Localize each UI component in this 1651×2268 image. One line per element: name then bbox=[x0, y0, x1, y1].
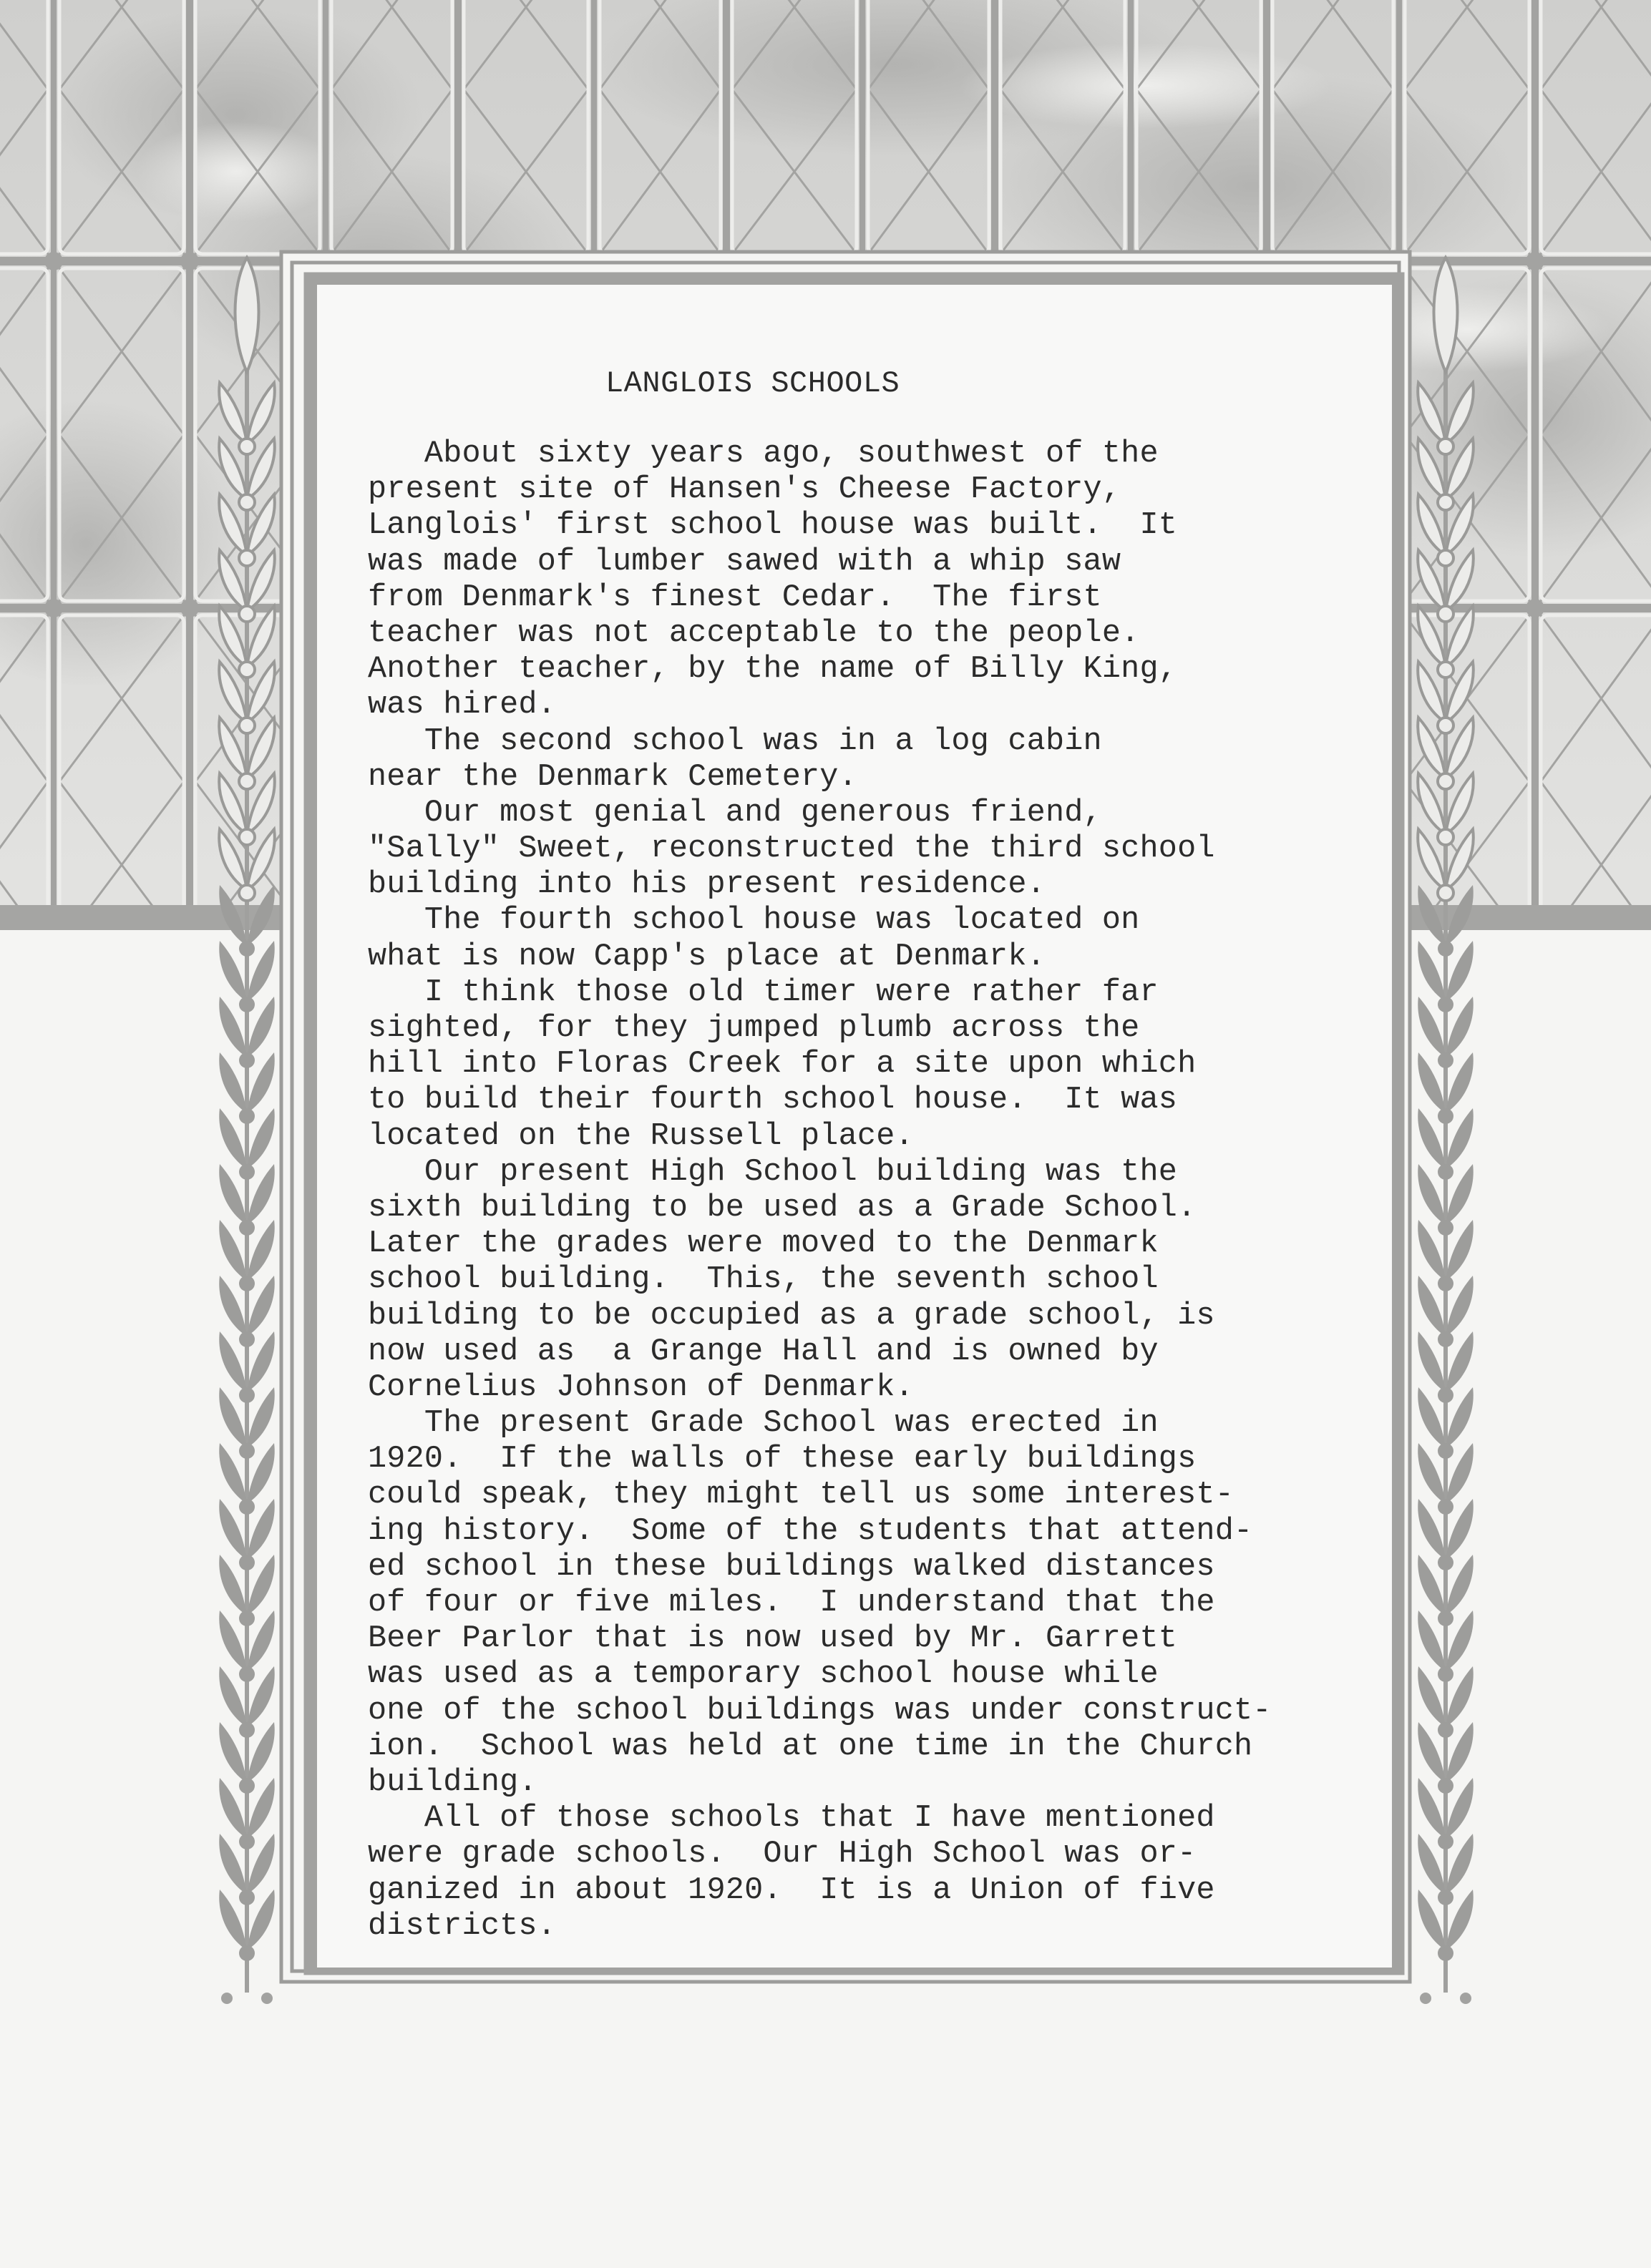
text-line: school building. This, the seventh schoo… bbox=[368, 1262, 1272, 1298]
text-line: Cornelius Johnson of Denmark. bbox=[368, 1370, 1272, 1406]
text-line: Our most genial and generous friend, bbox=[368, 796, 1272, 831]
text-line: from Denmark's finest Cedar. The first bbox=[368, 580, 1272, 616]
text-line: ion. School was held at one time in the … bbox=[368, 1729, 1272, 1765]
text-line: of four or five miles. I understand that… bbox=[368, 1585, 1272, 1621]
text-line: Our present High School building was the bbox=[368, 1155, 1272, 1191]
text-line: The fourth school house was located on bbox=[368, 903, 1272, 939]
text-line: Langlois' first school house was built. … bbox=[368, 508, 1272, 544]
text-line: was used as a temporary school house whi… bbox=[368, 1657, 1272, 1693]
text-line: one of the school buildings was under co… bbox=[368, 1693, 1272, 1729]
text-line: The second school was in a log cabin bbox=[368, 724, 1272, 760]
text-line: districts. bbox=[368, 1909, 1272, 1945]
text-line: hill into Floras Creek for a site upon w… bbox=[368, 1047, 1272, 1082]
text-line: 1920. If the walls of these early buildi… bbox=[368, 1442, 1272, 1477]
text-line: Later the grades were moved to the Denma… bbox=[368, 1226, 1272, 1262]
text-line: The present Grade School was erected in bbox=[368, 1406, 1272, 1442]
text-line: could speak, they might tell us some int… bbox=[368, 1477, 1272, 1513]
text-line: were grade schools. Our High School was … bbox=[368, 1837, 1272, 1872]
text-line: All of those schools that I have mention… bbox=[368, 1801, 1272, 1837]
text-line: Another teacher, by the name of Billy Ki… bbox=[368, 652, 1272, 688]
text-line: was hired. bbox=[368, 688, 1272, 723]
document-body: About sixty years ago, southwest of thep… bbox=[368, 436, 1272, 1945]
text-line: near the Denmark Cemetery. bbox=[368, 760, 1272, 796]
document-title: LANGLOIS SCHOOLS bbox=[605, 366, 900, 401]
text-line: now used as a Grange Hall and is owned b… bbox=[368, 1334, 1272, 1370]
text-line: teacher was not acceptable to the people… bbox=[368, 616, 1272, 652]
text-line: "Sally" Sweet, reconstructed the third s… bbox=[368, 831, 1272, 867]
text-line: I think those old timer were rather far bbox=[368, 975, 1272, 1011]
text-line: sixth building to be used as a Grade Sch… bbox=[368, 1191, 1272, 1226]
text-line: was made of lumber sawed with a whip saw bbox=[368, 544, 1272, 580]
text-line: building to be occupied as a grade schoo… bbox=[368, 1299, 1272, 1334]
laurel-garland-left bbox=[219, 258, 274, 2004]
text-line: sighted, for they jumped plumb across th… bbox=[368, 1011, 1272, 1047]
text-line: present site of Hansen's Cheese Factory, bbox=[368, 472, 1272, 508]
text-line: located on the Russell place. bbox=[368, 1119, 1272, 1155]
text-line: Beer Parlor that is now used by Mr. Garr… bbox=[368, 1621, 1272, 1657]
text-line: About sixty years ago, southwest of the bbox=[368, 436, 1272, 472]
text-line: ed school in these buildings walked dist… bbox=[368, 1550, 1272, 1585]
text-line: what is now Capp's place at Denmark. bbox=[368, 939, 1272, 975]
text-line: building. bbox=[368, 1765, 1272, 1801]
laurel-garland-right bbox=[1418, 258, 1473, 2004]
text-line: to build their fourth school house. It w… bbox=[368, 1082, 1272, 1118]
text-line: building into his present residence. bbox=[368, 867, 1272, 903]
text-line: ganized in about 1920. It is a Union of … bbox=[368, 1873, 1272, 1909]
text-line: ing history. Some of the students that a… bbox=[368, 1514, 1272, 1550]
